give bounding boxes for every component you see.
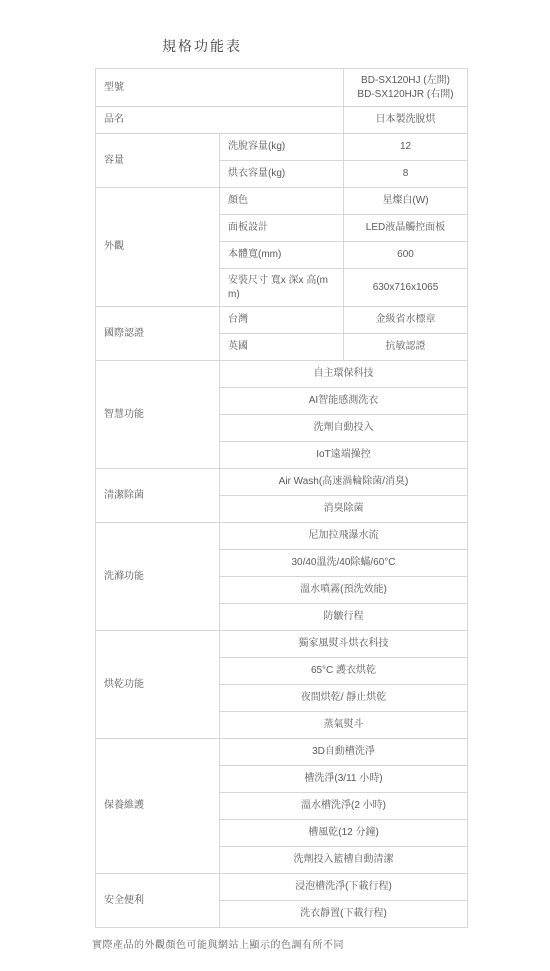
model-value-cell: BD-SX120HJ (左開) BD-SX120HJR (右開) [344,69,468,107]
row-smart-1: 智慧功能 自主環保科技 [96,361,468,388]
smart-feature-cell: 自主環保科技 [220,361,468,388]
row-wash-1: 洗滌功能 尼加拉飛瀑水流 [96,523,468,550]
wash-category-cell: 洗滌功能 [96,523,220,631]
model-line-2: BD-SX120HJR (右開) [352,88,459,102]
maintenance-feature-cell: 洗劑投入籃槽自動清潔 [220,847,468,874]
row-product-name: 品名 日本製洗脫烘 [96,107,468,134]
safety-category-cell: 安全便利 [96,874,220,928]
spec-table: 型號 BD-SX120HJ (左開) BD-SX120HJR (右開) 品名 日… [95,68,468,928]
cert-taiwan-label-cell: 台灣 [220,307,344,334]
certification-category-cell: 國際認證 [96,307,220,361]
row-capacity-wash: 容量 洗脫容量(kg) 12 [96,134,468,161]
product-value-cell: 日本製洗脫烘 [344,107,468,134]
safety-feature-cell: 洗衣靜置(下載行程) [220,901,468,928]
row-cert-taiwan: 國際認證 台灣 金級省水標章 [96,307,468,334]
color-disclaimer-note: 實際產品的外觀顏色可能與網站上顯示的色調有所不同 [92,936,344,951]
smart-feature-cell: IoT遠端操控 [220,442,468,469]
model-line-1: BD-SX120HJ (左開) [352,74,459,88]
product-label-cell: 品名 [96,107,344,134]
maintenance-feature-cell: 槽風乾(12 分鐘) [220,820,468,847]
appearance-width-label-cell: 本體寬(mm) [220,242,344,269]
dry-feature-cell: 蒸氣熨斗 [220,712,468,739]
appearance-size-value-cell: 630x716x1065 [344,269,468,307]
cert-taiwan-value-cell: 金級省水標章 [344,307,468,334]
dry-category-cell: 烘乾功能 [96,631,220,739]
capacity-wash-value-cell: 12 [344,134,468,161]
capacity-dry-label-cell: 烘衣容量(kg) [220,161,344,188]
appearance-category-cell: 外觀 [96,188,220,307]
clean-feature-cell: Air Wash(高速渦輪除菌/消臭) [220,469,468,496]
dry-feature-cell: 65°C 護衣烘乾 [220,658,468,685]
appearance-width-value-cell: 600 [344,242,468,269]
wash-feature-cell: 尼加拉飛瀑水流 [220,523,468,550]
cert-uk-value-cell: 抗敏認證 [344,334,468,361]
maintenance-feature-cell: 3D自動槽洗淨 [220,739,468,766]
capacity-category-cell: 容量 [96,134,220,188]
appearance-size-label-cell: 安裝尺寸 寬x 深x 高(mm) [220,269,344,307]
appearance-panel-value-cell: LED液晶觸控面板 [344,215,468,242]
row-clean-1: 清潔除菌 Air Wash(高速渦輪除菌/消臭) [96,469,468,496]
appearance-color-label-cell: 顏色 [220,188,344,215]
clean-feature-cell: 消臭除菌 [220,496,468,523]
row-safety-1: 安全便利 浸泡槽洗淨(下載行程) [96,874,468,901]
appearance-color-value-cell: 星燦白(W) [344,188,468,215]
row-maintenance-1: 保養維護 3D自動槽洗淨 [96,739,468,766]
dry-feature-cell: 夜間烘乾/ 靜止烘乾 [220,685,468,712]
page-title: 規格功能表 [162,36,242,56]
model-label-cell: 型號 [96,69,344,107]
spec-page: 規格功能表 型號 BD-SX120HJ (左開) BD-SX120HJR (右開… [0,0,550,971]
smart-feature-cell: AI智能感測洗衣 [220,388,468,415]
maintenance-feature-cell: 槽洗淨(3/11 小時) [220,766,468,793]
wash-feature-cell: 防皺行程 [220,604,468,631]
maintenance-category-cell: 保養維護 [96,739,220,874]
appearance-panel-label-cell: 面板設計 [220,215,344,242]
smart-feature-cell: 洗劑自動投入 [220,415,468,442]
maintenance-feature-cell: 溫水槽洗淨(2 小時) [220,793,468,820]
capacity-wash-label-cell: 洗脫容量(kg) [220,134,344,161]
cert-uk-label-cell: 英國 [220,334,344,361]
row-dry-1: 烘乾功能 獨家風熨斗烘衣科技 [96,631,468,658]
wash-feature-cell: 30/40溫洗/40除蟎/60°C [220,550,468,577]
wash-feature-cell: 溫水噴霧(預洗效能) [220,577,468,604]
row-model: 型號 BD-SX120HJ (左開) BD-SX120HJR (右開) [96,69,468,107]
row-appearance-color: 外觀 顏色 星燦白(W) [96,188,468,215]
clean-category-cell: 清潔除菌 [96,469,220,523]
smart-category-cell: 智慧功能 [96,361,220,469]
safety-feature-cell: 浸泡槽洗淨(下載行程) [220,874,468,901]
capacity-dry-value-cell: 8 [344,161,468,188]
dry-feature-cell: 獨家風熨斗烘衣科技 [220,631,468,658]
